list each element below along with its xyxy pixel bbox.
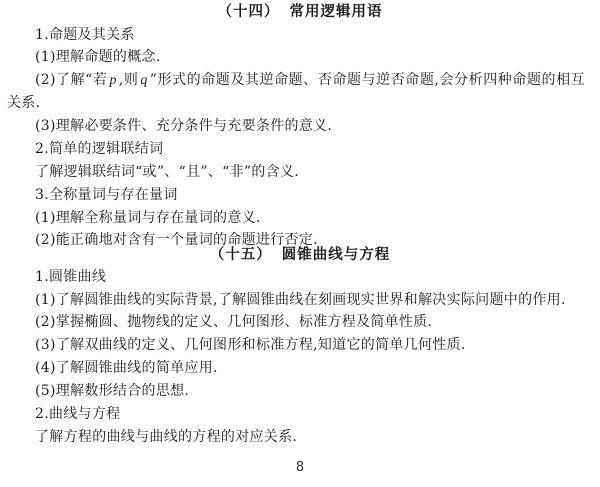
section-14-heading: （十四）常用逻辑用语 — [0, 2, 600, 22]
list-item: (1)理解命题的概念. — [0, 47, 600, 67]
variable-q: q — [138, 73, 149, 88]
list-item-continuation: 关系. — [0, 93, 600, 113]
list-item: (1)理解全称量词与存在量词的意义. — [0, 208, 600, 228]
list-item: 了解逻辑联结词“或”、“且”、“非”的含义. — [0, 162, 600, 182]
subsection-heading: 3.全称量词与存在量词 — [0, 185, 600, 205]
section-15-number: （十五） — [210, 246, 272, 263]
subsection-heading: 2.简单的逻辑联结词 — [0, 139, 600, 159]
list-item: (4)了解圆锥曲线的简单应用. — [0, 358, 600, 378]
variable-p: p — [107, 73, 118, 88]
list-item: (1)了解圆锥曲线的实际背景,了解圆锥曲线在刻画现实世界和解决实际问题中的作用. — [0, 290, 600, 310]
text-segment: (2)了解“若 — [35, 72, 107, 88]
text-segment: ,则 — [119, 72, 139, 88]
list-item: (3)了解双曲线的定义、几何图形和标准方程,知道它的简单几何性质. — [0, 335, 600, 355]
list-item: 了解方程的曲线与曲线的方程的对应关系. — [0, 427, 600, 447]
text-segment: ”形式的命题及其逆命题、否命题与逆否命题,会分析四种命题的相互 — [150, 72, 585, 88]
section-14-number: （十四） — [218, 3, 280, 20]
list-item-conditional-proposition: (2)了解“若p,则q”形式的命题及其逆命题、否命题与逆否命题,会分析四种命题的… — [0, 70, 585, 91]
section-15-title: 圆锥曲线与方程 — [282, 246, 391, 263]
subsection-heading: 1.圆锥曲线 — [0, 267, 600, 287]
list-item: (5)理解数形结合的思想. — [0, 381, 600, 401]
list-item: (2)掌握椭圆、抛物线的定义、几何图形、标准方程及简单性质. — [0, 312, 600, 332]
section-14-title: 常用逻辑用语 — [290, 3, 383, 20]
list-item: (3)理解必要条件、充分条件与充要条件的意义. — [0, 116, 600, 136]
document-page: （十四）常用逻辑用语 1.命题及其关系 (1)理解命题的概念. (2)了解“若p… — [0, 0, 600, 487]
page-number: 8 — [0, 460, 600, 475]
subsection-heading: 1.命题及其关系 — [0, 25, 600, 45]
section-15-heading: （十五）圆锥曲线与方程 — [0, 245, 600, 265]
subsection-heading: 2.曲线与方程 — [0, 404, 600, 424]
